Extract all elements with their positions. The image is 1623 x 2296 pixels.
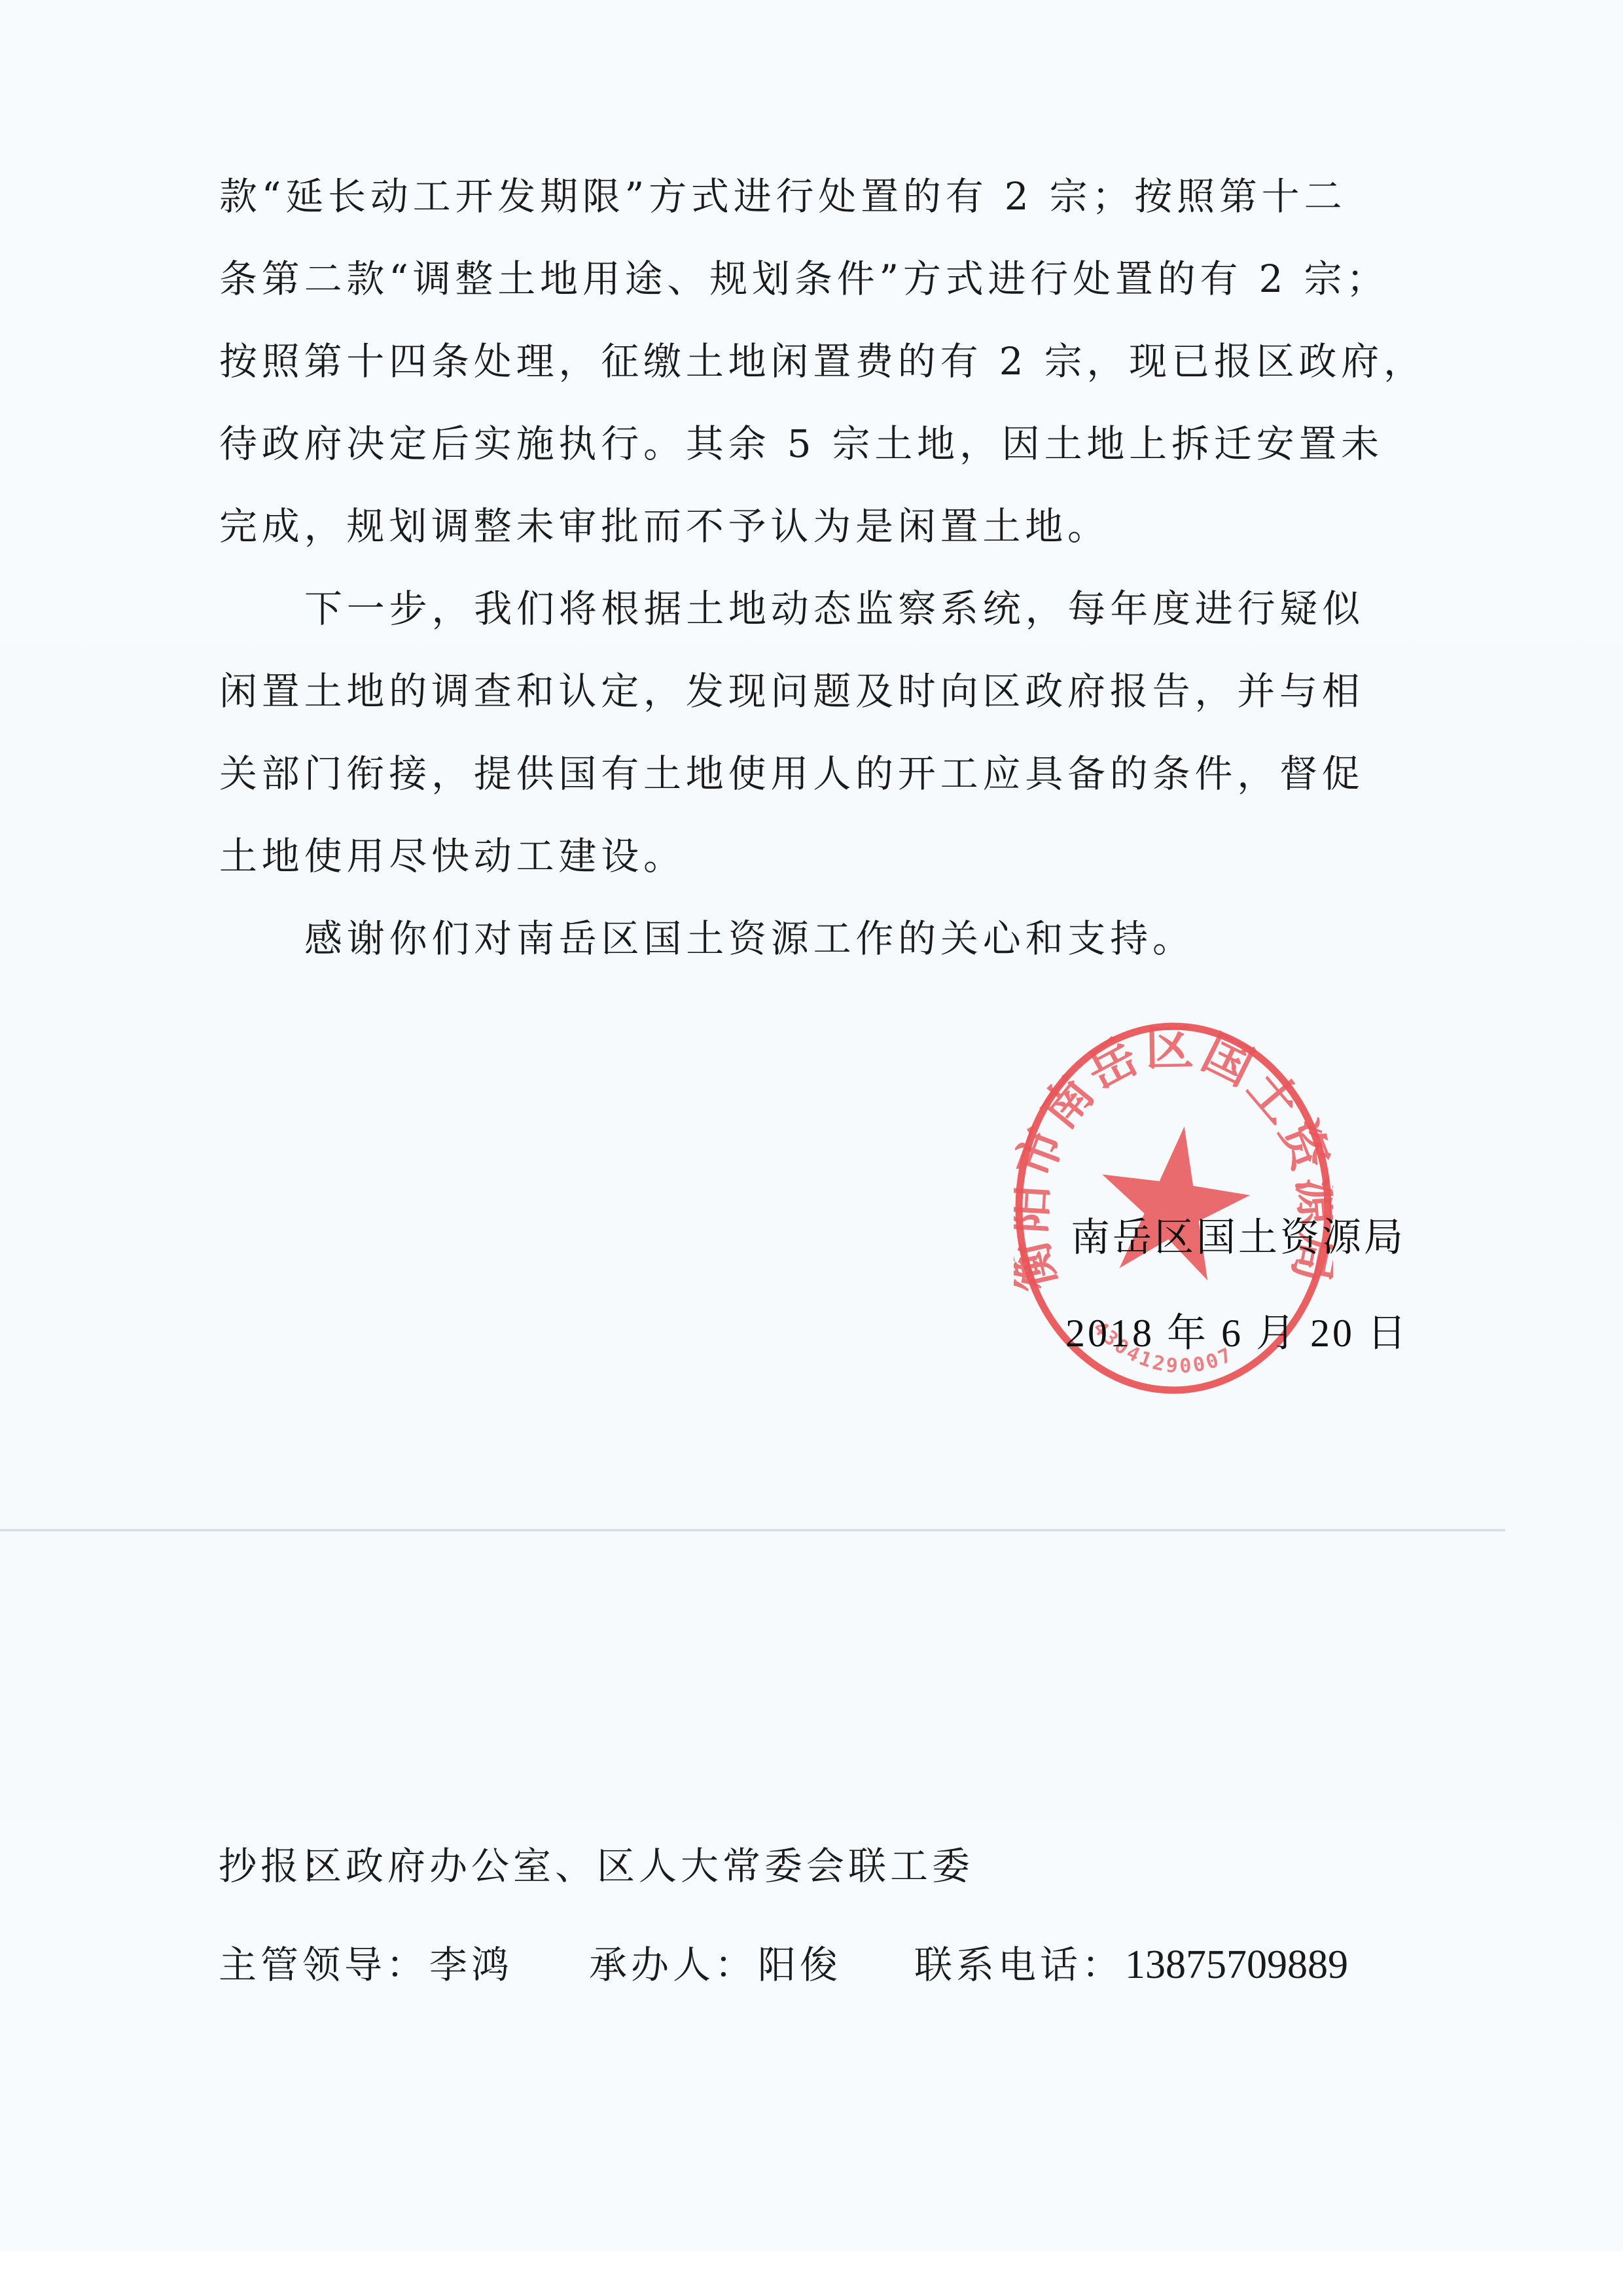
- text-line: 完成，规划调整未审批而不予认为是闲置土地。: [219, 485, 1407, 567]
- phone-label: 联系电话：: [914, 1916, 1124, 2015]
- paragraph-thanks: 感谢你们对南岳区国土资源工作的关心和支持。: [219, 897, 1407, 980]
- letter-body: 款“延长动工开发期限”方式进行处置的有 2 宗；按照第十二 条第二款“调整土地用…: [219, 155, 1407, 980]
- signing-date: 2018 年 6 月 20 日: [1065, 1285, 1406, 1381]
- text-line: 款“延长动工开发期限”方式进行处置的有 2 宗；按照第十二: [219, 155, 1407, 238]
- cc-recipients: 区政府办公室、区人大常委会联工委: [304, 1817, 974, 1916]
- text-line: 土地使用尽快动工建设。: [219, 815, 1407, 897]
- text-line: 条第二款“调整土地用途、规划条件”方式进行处置的有 2 宗；: [219, 238, 1407, 320]
- paragraph-next-steps: 下一步，我们将根据土地动态监察系统，每年度进行疑似: [219, 567, 1407, 650]
- signature-block: 南岳区国土资源局 2018 年 6 月 20 日: [1065, 1190, 1406, 1381]
- text-line: 按照第十四条处理，征缴土地闲置费的有 2 宗，现已报区政府，: [219, 320, 1407, 403]
- fold-line: [0, 1529, 1505, 1532]
- text-line: 感谢你们对南岳区国土资源工作的关心和支持。: [219, 897, 1407, 980]
- phone-number: 13875709889: [1125, 1916, 1348, 2015]
- leader-name: 李鸿: [429, 1916, 513, 2015]
- handler-name: 阳俊: [758, 1916, 842, 2015]
- text-line: 关部门衔接，提供国有土地使用人的开工应具备的条件，督促: [219, 732, 1407, 815]
- text-line: 待政府决定后实施执行。其余 5 宗土地，因土地上拆迁安置未: [219, 403, 1407, 485]
- paragraph-disposal-summary: 款“延长动工开发期限”方式进行处置的有 2 宗；按照第十二 条第二款“调整土地用…: [219, 155, 1407, 567]
- signing-organization: 南岳区国土资源局: [1065, 1190, 1406, 1285]
- handler-label: 承办人：: [589, 1916, 757, 2015]
- scan-margin: [0, 2251, 1623, 2296]
- paragraph-next-steps-continued: 闲置土地的调查和认定，发现问题及时向区政府报告，并与相 关部门衔接，提供国有土地…: [219, 650, 1407, 897]
- leader-label: 主管领导：: [219, 1916, 428, 2015]
- text-line: 下一步，我们将根据土地动态监察系统，每年度进行疑似: [219, 567, 1407, 650]
- text-line: 闲置土地的调查和认定，发现问题及时向区政府报告，并与相: [219, 650, 1407, 732]
